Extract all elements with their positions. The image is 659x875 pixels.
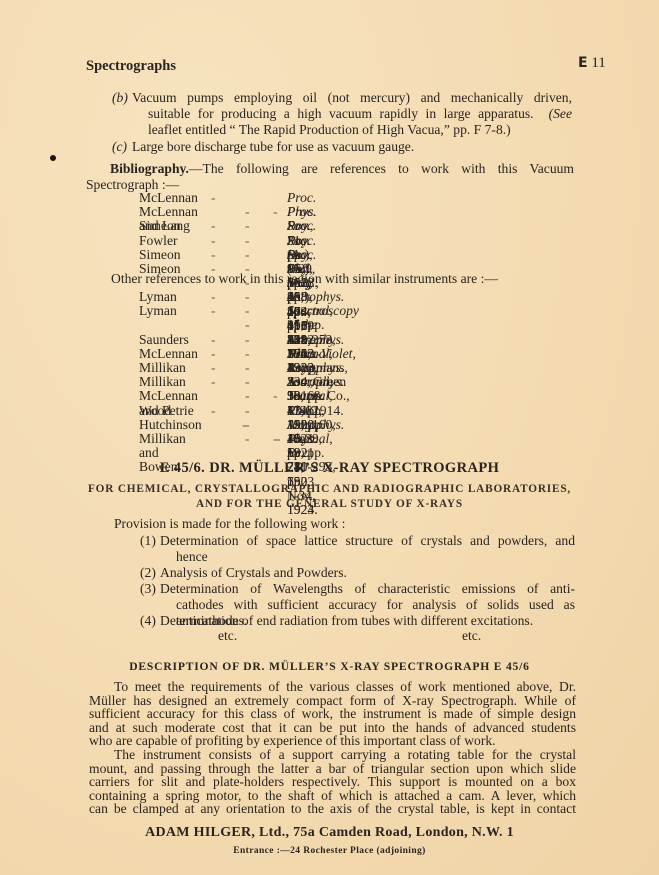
bibliography-lead: Bibliography.—The following are referenc… — [86, 161, 574, 193]
paragraph-line: can be clamped at any orientation to the… — [89, 802, 576, 816]
item-line: Vacuum pumps employing oil (not mercury)… — [132, 90, 572, 106]
item-b: (b) Vacuum pumps employing oil (not merc… — [112, 90, 572, 139]
other-refs-lead: Other references to work in this region … — [111, 271, 498, 287]
item-line: Determination of end radiation from tube… — [160, 613, 575, 629]
item-label: (b) — [112, 90, 128, 106]
item-line: Determination of space lattice structure… — [160, 533, 575, 549]
bibliography-label: Bibliography. — [110, 161, 189, 176]
document-page: Spectrographs E 11 (b) Vacuum pumps empl… — [0, 0, 659, 875]
item-line: leaflet entitled “ The Rapid Production … — [132, 122, 572, 138]
section-title: E 45/6. DR. MÜLLER’S X-RAY SPECTROGRAPH — [0, 460, 659, 477]
etc-right: etc. — [462, 628, 481, 644]
description-body: To meet the requirements of the various … — [89, 680, 576, 816]
work-item-2: (2) Analysis of Crystals and Powders. — [140, 565, 575, 581]
item-line: Large bore discharge tube for use as vac… — [132, 139, 572, 155]
ink-spot — [50, 155, 56, 161]
item-label: (c) — [112, 139, 127, 155]
page-number: E 11 — [578, 55, 606, 72]
paragraph-line: Müller has designed an extremely compact… — [89, 694, 576, 708]
paragraph-line: sufficient accuracy for this class of wo… — [89, 707, 576, 721]
item-line: Determination of Wavelengths of characte… — [160, 581, 575, 597]
paragraph-line: The instrument consists of a support car… — [89, 748, 576, 762]
paragraph-line: mount, and passing through the latter a … — [89, 762, 576, 776]
item-line: cathodes with sufficient accuracy for an… — [160, 597, 575, 613]
section-subtitle: FOR CHEMICAL, CRYSTALLOGRAPHIC AND RADIO… — [0, 483, 659, 495]
item-c: (c) Large bore discharge tube for use as… — [112, 139, 572, 155]
item-line: suitable for producing a high vacuum rap… — [132, 106, 572, 122]
item-line: hence — [160, 549, 575, 565]
paragraph-line: To meet the requirements of the various … — [89, 680, 576, 694]
etc-left: etc. — [218, 628, 237, 644]
publisher-entrance: Entrance :—24 Rochester Place (adjoining… — [0, 846, 659, 856]
work-item-1: (1) Determination of space lattice struc… — [140, 533, 575, 565]
page-prefix: E — [578, 55, 588, 71]
work-item-4: (4) Determination of end radiation from … — [140, 613, 575, 629]
item-line: Analysis of Crystals and Powders. — [160, 565, 575, 581]
running-head: Spectrographs — [86, 58, 176, 75]
provision-lead: Provision is made for the following work… — [114, 516, 345, 532]
description-heading: DESCRIPTION OF DR. MÜLLER’S X-RAY SPECTR… — [0, 660, 659, 673]
paragraph-line: who are capable of profiting by experien… — [89, 734, 576, 748]
publisher-address: ADAM HILGER, Ltd., 75a Camden Road, Lond… — [0, 825, 659, 841]
paragraph-line: containing a spring motor, to the shaft … — [89, 789, 576, 803]
item-body: Vacuum pumps employing oil (not mercury)… — [132, 90, 572, 139]
section-subtitle: AND FOR THE GENERAL STUDY OF X-RAYS — [0, 498, 659, 510]
paragraph-line: carriers for slit and plate-holders resp… — [89, 775, 576, 789]
paragraph-line: and at such moderate cost that it can be… — [89, 721, 576, 735]
page-number-value: 11 — [591, 55, 605, 71]
